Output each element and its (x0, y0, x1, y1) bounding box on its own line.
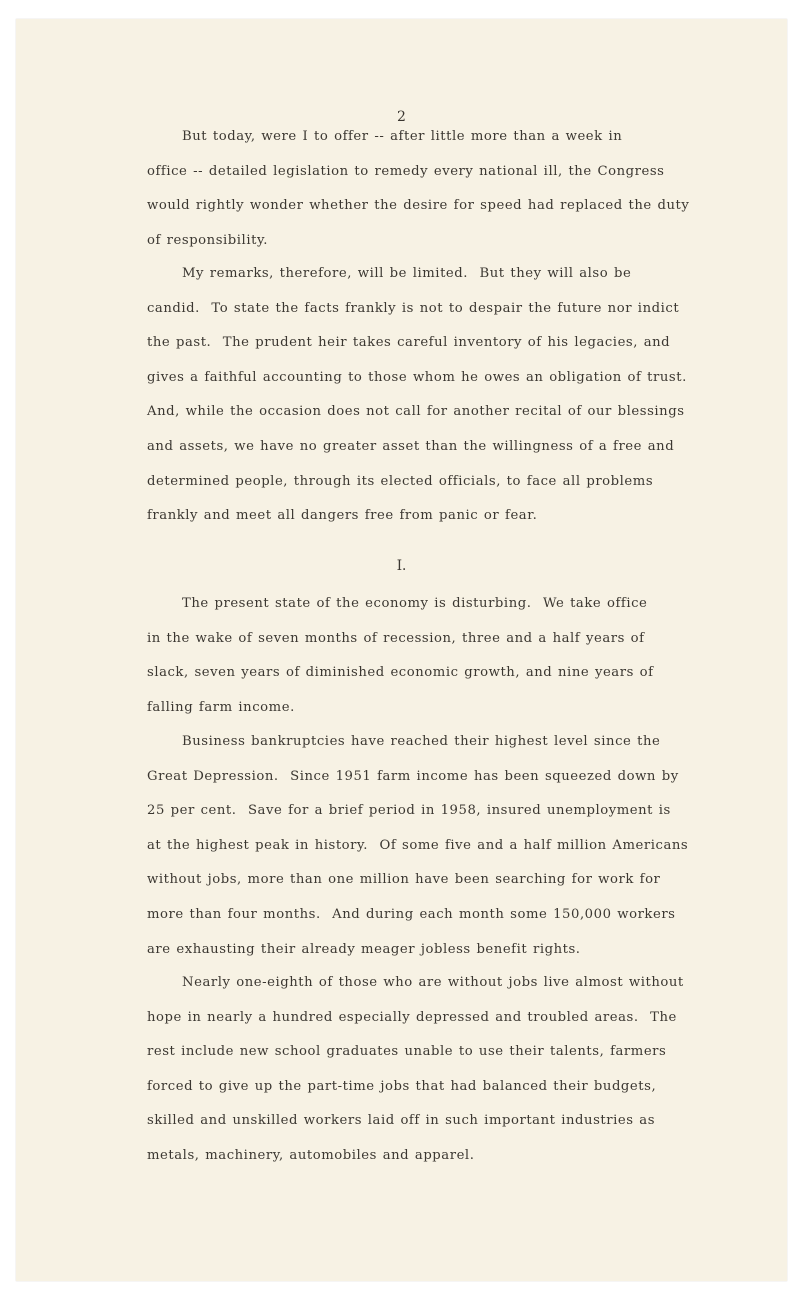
text-line: office -- detailed legislation to remedy… (147, 162, 664, 182)
text-line: The present state of the economy is dist… (182, 594, 647, 614)
text-line: frankly and meet all dangers free from p… (147, 506, 537, 526)
text-line: gives a faithful accounting to those who… (147, 368, 687, 388)
text-line: of responsibility. (147, 231, 268, 251)
text-line: Nearly one-eighth of those who are witho… (182, 973, 684, 993)
text-line: 25 per cent. Save for a brief period in … (147, 801, 671, 821)
document-page: 2 But today, were I to offer -- after li… (16, 19, 787, 1281)
text-line: Great Depression. Since 1951 farm income… (147, 767, 679, 787)
text-line: rest include new school graduates unable… (147, 1042, 666, 1062)
text-line: the past. The prudent heir takes careful… (147, 333, 670, 353)
text-line: hope in nearly a hundred especially depr… (147, 1008, 677, 1028)
section-heading: I. (16, 558, 787, 574)
text-line: candid. To state the facts frankly is no… (147, 299, 679, 319)
text-line: are exhausting their already meager jobl… (147, 940, 581, 960)
text-line: at the highest peak in history. Of some … (147, 836, 688, 856)
text-line: without jobs, more than one million have… (147, 870, 660, 890)
text-line: would rightly wonder whether the desire … (147, 196, 689, 216)
text-line: more than four months. And during each m… (147, 905, 676, 925)
text-line: But today, were I to offer -- after litt… (182, 127, 622, 147)
text-line: forced to give up the part-time jobs tha… (147, 1077, 656, 1097)
text-line: determined people, through its elected o… (147, 472, 653, 492)
text-line: skilled and unskilled workers laid off i… (147, 1111, 655, 1131)
text-line: Business bankruptcies have reached their… (182, 732, 660, 752)
document-body: But today, were I to offer -- after litt… (147, 19, 727, 1281)
text-line: slack, seven years of diminished economi… (147, 663, 654, 683)
text-line: and assets, we have no greater asset tha… (147, 437, 674, 457)
text-line: My remarks, therefore, will be limited. … (182, 264, 631, 284)
text-line: metals, machinery, automobiles and appar… (147, 1146, 474, 1166)
text-line: falling farm income. (147, 698, 295, 718)
text-line: And, while the occasion does not call fo… (147, 402, 685, 422)
text-line: in the wake of seven months of recession… (147, 629, 645, 649)
